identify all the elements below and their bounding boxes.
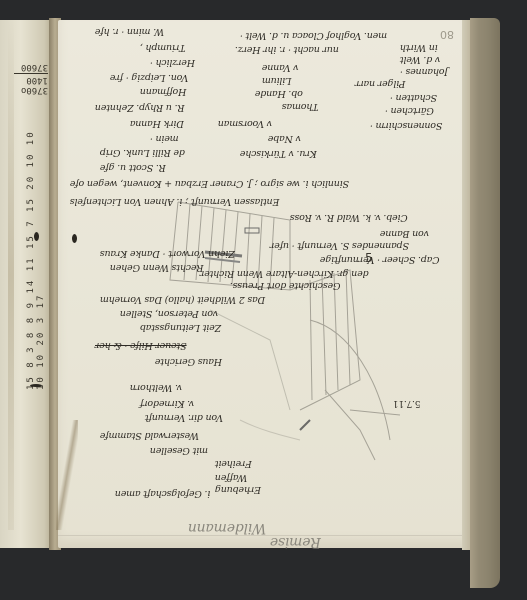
handwriting-line: Gärtchen · xyxy=(385,105,434,116)
signature-wildemann: Wildemann xyxy=(188,520,266,536)
handwriting-line: Cieb. v. k. Wald R. v. Ross xyxy=(290,212,408,223)
handwriting-line: Geschichte dort Preuss. xyxy=(230,280,341,291)
handwriting-line: W. minn · r. hfe xyxy=(95,26,164,37)
handwriting-line: R. u Rhyp. Zehnten xyxy=(95,102,185,113)
handwriting-line: nur nacht · r. ihr Herz. xyxy=(235,44,339,55)
page-number: 80 xyxy=(440,28,454,41)
handwriting-line: Thomas xyxy=(282,101,319,112)
handwriting-line: i. Gefolgschaft amen xyxy=(115,488,210,499)
ledger-total-3: 37600 xyxy=(14,62,48,72)
handwriting-line: Dirk Hanna xyxy=(130,118,184,129)
signature-remise: Remise xyxy=(270,534,321,550)
handwriting-line: v d. Welt xyxy=(400,54,440,65)
small-numbers: 5.7.11 xyxy=(393,398,420,408)
ledger-totals: 3760o 1400 37600 xyxy=(14,62,48,95)
water-stain xyxy=(8,20,14,530)
ledger-total-2: 1400 xyxy=(14,75,48,85)
handwriting-line: v Nabe xyxy=(268,133,301,144)
ledger-column: 15 8 3 8 8 9 14 11 15 7 15 20 10 10 10 1… xyxy=(26,120,40,390)
handwriting-line: von Peterson, Stellen xyxy=(120,308,218,319)
sum-rule xyxy=(14,73,48,74)
handwriting-line: Ziehn Vorwort · Danke Kraus xyxy=(100,248,235,259)
handwriting-line: Sonnenschirm · xyxy=(370,120,442,131)
handwriting-line: Westerwald Stammfe xyxy=(100,430,199,441)
handwriting-line: mit Gesellen xyxy=(150,445,208,456)
handwriting-line: R. Scott u. gfe xyxy=(100,162,166,173)
handwriting-line: Haus Gerichte xyxy=(155,356,222,367)
handwriting-line: ob. Hande xyxy=(255,88,303,99)
handwriting-line: Cap. Scheer · Vernunftige xyxy=(320,254,439,265)
handwriting-line: Rechts Wenn Gehen xyxy=(110,262,203,273)
handwriting-line: Zeit Leitungsstab xyxy=(140,322,221,333)
handwriting-line: Waffen xyxy=(215,472,247,483)
handwriting-line: v Vanne xyxy=(262,62,299,73)
handwriting-line: v. Welthorn xyxy=(130,382,182,393)
handwriting-line: de Rilli Lunk. Grip xyxy=(100,147,185,158)
handwriting-line: v Voorsman xyxy=(218,118,272,129)
handwriting-line: Triumph , xyxy=(140,42,185,53)
handwriting-line: Hoffmann xyxy=(140,86,186,97)
handwriting-line: Entlassen Vernunft ; i. Ahnen Von Lichte… xyxy=(70,196,279,207)
handwriting-line: Herzlich · xyxy=(150,57,195,68)
handwriting-line: Das 2 Wildheit (hallo) Das Vornehm xyxy=(100,294,265,305)
handwriting-line: den gr. Kirchen-Altare Wenn Richter xyxy=(200,268,369,279)
ledger-total-1: 3760o xyxy=(14,85,48,95)
handwriting-line: Schatten · xyxy=(390,92,437,103)
gutter-tear xyxy=(56,420,78,530)
ink-blot xyxy=(30,384,42,387)
ink-blot xyxy=(72,234,77,243)
handwriting-line: Von dir. Vernunft xyxy=(145,412,223,423)
ink-blot xyxy=(34,232,39,241)
handwriting-line: in Wirth xyxy=(400,42,438,53)
book-binding xyxy=(470,18,500,588)
handwriting-line: Von. Leipzig · fre xyxy=(110,72,188,83)
handwriting-line: von Banne xyxy=(380,228,429,239)
handwriting-line: v. Kirnedorf xyxy=(140,398,194,409)
handwriting-line: Pilger narr xyxy=(355,78,405,89)
handwriting-line: Freiheit xyxy=(215,458,252,469)
handwriting-line: men. Voglhof Cloaca u. d. Welt · xyxy=(240,30,387,41)
handwriting-line: Johannes · xyxy=(400,66,448,77)
handwriting-line: Erhebung xyxy=(215,484,261,495)
struck-handwriting-line: Steuer Hilfe · & her xyxy=(95,340,187,351)
handwriting-line: Spannendes S. Vernunft · ufer xyxy=(270,240,409,251)
handwriting-line: Kru. v Türkische xyxy=(240,148,317,159)
handwriting-line: Lilium xyxy=(262,75,291,86)
handwriting-line: mein · xyxy=(150,133,179,144)
handwriting-line: Sinnlich i. we sigro ; J. Craner Erzbau … xyxy=(70,178,349,189)
